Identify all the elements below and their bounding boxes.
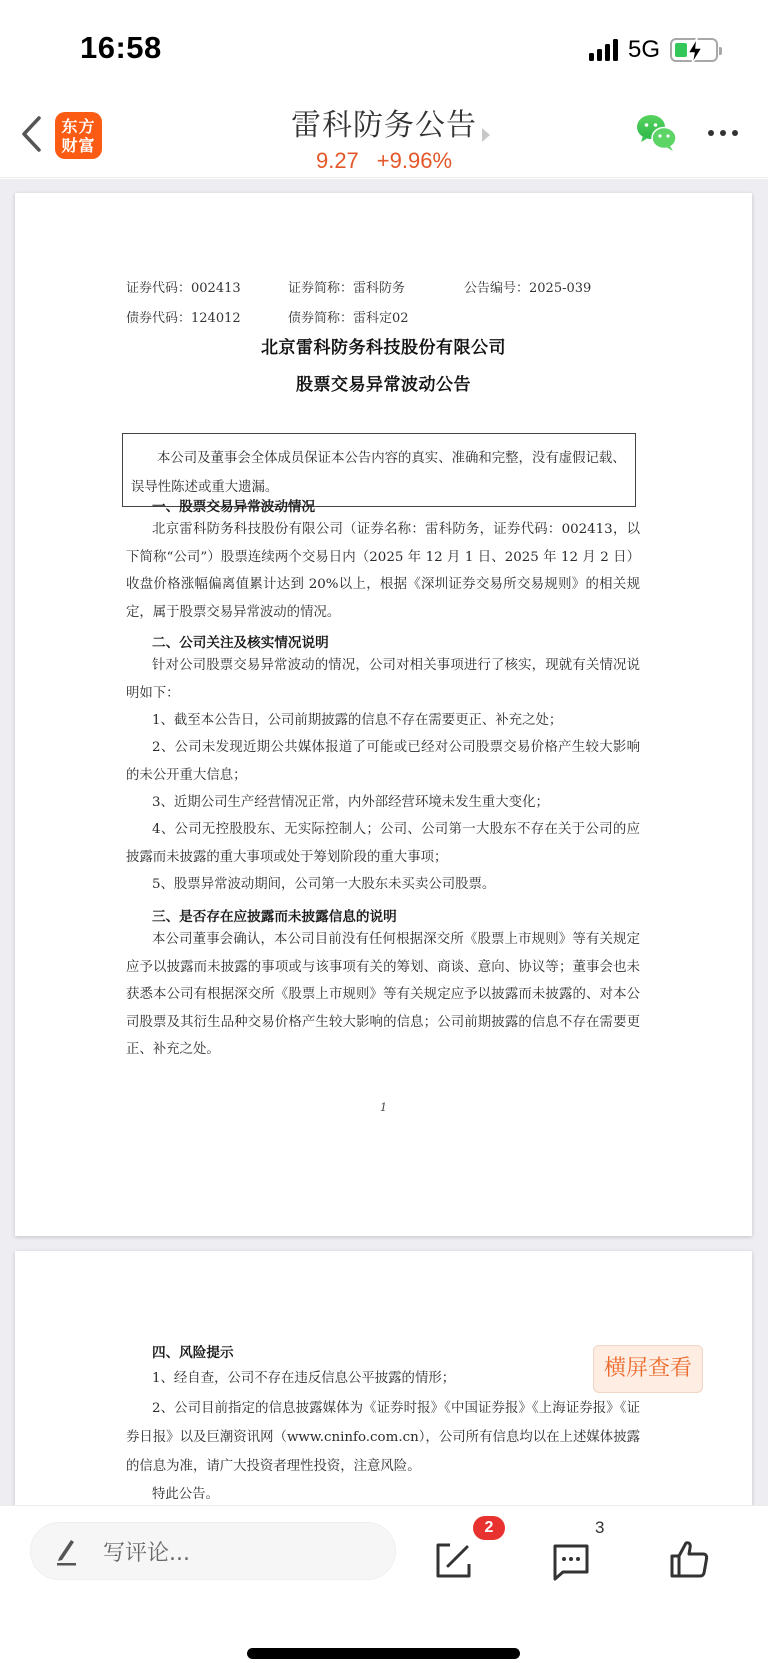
bond-code: 债券代码：124012 bbox=[126, 307, 241, 326]
dot-icon bbox=[720, 130, 726, 136]
bottom-action-bar: 写评论... 2 3 bbox=[0, 1505, 768, 1663]
announcement-number: 公告编号：2025-039 bbox=[464, 277, 591, 296]
paragraph: 本公司董事会确认，本公司目前没有任何根据深交所《股票上市规则》等有关规定应予以披… bbox=[126, 926, 640, 1064]
page-number: 1 bbox=[15, 1101, 752, 1114]
list-item: 5、股票异常波动期间，公司第一大股东未买卖公司股票。 bbox=[126, 871, 640, 899]
dot-icon bbox=[708, 130, 714, 136]
paragraph: 针对公司股票交易异常波动的情况，公司对相关事项进行了核实，现就有关情况说明如下： bbox=[126, 652, 640, 707]
pencil-icon bbox=[55, 1536, 81, 1566]
section-heading: 二、公司关注及核实情况说明 bbox=[152, 631, 329, 651]
status-indicators: 5G bbox=[589, 36, 718, 64]
caret-right-icon bbox=[482, 128, 490, 142]
stock-code: 证券代码：002413 bbox=[126, 277, 241, 296]
landscape-view-button[interactable]: 横屏查看 bbox=[593, 1345, 703, 1393]
comment-placeholder: 写评论... bbox=[103, 1536, 190, 1567]
nav-bar: 东方 财富 雷科防务公告 9.27+9.96% bbox=[0, 90, 768, 178]
wechat-share-button[interactable] bbox=[636, 112, 678, 154]
stock-price: 9.27 bbox=[316, 148, 359, 173]
wechat-icon bbox=[636, 112, 678, 154]
dot-icon bbox=[732, 130, 738, 136]
status-time: 16:58 bbox=[80, 30, 162, 66]
company-name: 北京雷科防务科技股份有限公司 bbox=[15, 333, 752, 358]
section-heading: 三、是否存在应披露而未披露信息的说明 bbox=[152, 905, 397, 925]
list-item: 2、公司目前指定的信息披露媒体为《证券时报》《中国证券报》《上海证券报》《证券日… bbox=[126, 1394, 640, 1481]
stock-short-name: 证券简称：雷科防务 bbox=[288, 277, 405, 296]
battery-charging-icon bbox=[670, 38, 718, 62]
document-viewer[interactable]: 证券代码：002413 证券简称：雷科防务 公告编号：2025-039 债券代码… bbox=[0, 179, 768, 1505]
section-heading: 四、风险提示 bbox=[152, 1341, 234, 1361]
comments-button[interactable] bbox=[551, 1542, 591, 1582]
thumbs-up-icon bbox=[668, 1538, 710, 1580]
status-bar: 16:58 5G bbox=[0, 0, 768, 90]
paragraph: 北京雷科防务科技股份有限公司（证券名称：雷科防务，证券代码：002413，以下简… bbox=[126, 516, 640, 626]
cellular-signal-icon bbox=[589, 39, 618, 61]
list-item: 2、公司未发现近期公共媒体报道了可能或已经对公司股票交易价格产生较大影响的未公开… bbox=[126, 734, 640, 789]
comment-input[interactable]: 写评论... bbox=[30, 1522, 396, 1580]
share-count-badge: 2 bbox=[473, 1516, 505, 1540]
share-button[interactable] bbox=[434, 1540, 474, 1580]
like-button[interactable] bbox=[668, 1538, 710, 1580]
comment-count: 3 bbox=[595, 1518, 604, 1538]
list-item: 1、截至本公告日，公司前期披露的信息不存在需要更正、补充之处； bbox=[126, 707, 640, 735]
more-options-button[interactable] bbox=[708, 130, 738, 136]
document-page-1: 证券代码：002413 证券简称：雷科防务 公告编号：2025-039 债券代码… bbox=[15, 193, 752, 1236]
comment-bubble-icon bbox=[551, 1542, 591, 1582]
list-item: 1、经自查，公司不存在违反信息公平披露的情形； bbox=[126, 1365, 640, 1393]
list-item: 4、公司无控股股东、无实际控制人；公司、公司第一大股东不存在关于公司的应披露而未… bbox=[126, 816, 640, 871]
home-indicator[interactable] bbox=[247, 1648, 520, 1659]
section-heading: 一、股票交易异常波动情况 bbox=[152, 495, 315, 515]
network-type: 5G bbox=[628, 36, 660, 64]
list-item: 3、近期公司生产经营情况正常，内外部经营环境未发生重大变化； bbox=[126, 789, 640, 817]
announcement-title: 股票交易异常波动公告 bbox=[15, 370, 752, 395]
bond-short-name: 债券简称：雷科定02 bbox=[288, 307, 409, 326]
share-icon bbox=[434, 1540, 474, 1580]
stock-change: +9.96% bbox=[377, 148, 452, 173]
closing-line: 特此公告。 bbox=[126, 1481, 640, 1505]
